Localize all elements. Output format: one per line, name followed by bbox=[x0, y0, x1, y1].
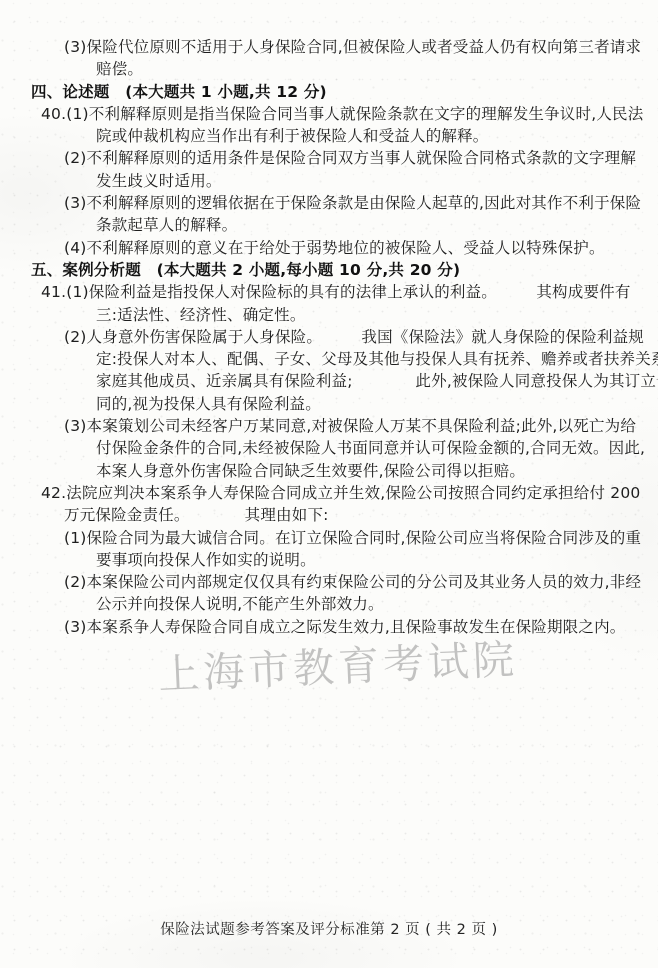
answer-line: 发生歧义时适用。 bbox=[0, 170, 658, 192]
answer-line: (3)不利解释原则的逻辑依据在于保险条款是由保险人起草的,因此对其作不利于保险 bbox=[0, 192, 658, 214]
answer-line: 万元保险金责任。 其理由如下: bbox=[0, 504, 658, 526]
section-heading-case-analysis: 五、案例分析题 (本大题共 2 小题,每小题 10 分,共 20 分) bbox=[0, 259, 658, 281]
answer-line: 条款起草人的解释。 bbox=[0, 214, 658, 236]
scanned-exam-answer-page: (3)保险代位原则不适用于人身保险合同,但被保险人或者受益人仍有权向第三者请求 … bbox=[0, 0, 658, 968]
page-footer: 保险法试题参考答案及评分标准第 2 页 ( 共 2 页 ) bbox=[0, 918, 658, 939]
answer-line: 42.法院应判决本案系争人寿保险合同成立并生效,保险公司按照合同约定承担给付 2… bbox=[0, 482, 658, 504]
section-heading-essay: 四、论述题 (本大题共 1 小题,共 12 分) bbox=[0, 81, 658, 103]
answer-line: (3)本案策划公司未经客户万某同意,对被保险人万某不具保险利益;此外,以死亡为给 bbox=[0, 415, 658, 437]
answer-line: 院或仲裁机构应当作出有利于被保险人和受益人的解释。 bbox=[0, 125, 658, 147]
answer-line: 同的,视为投保人具有保险利益。 bbox=[0, 393, 658, 415]
answer-line: (2)人身意外伤害保险属于人身保险。 我国《保险法》就人身保险的保险利益规 bbox=[0, 326, 658, 348]
answer-line: 付保险金条件的合同,未经被保险人书面同意并认可保险金额的,合同无效。因此, bbox=[0, 437, 658, 459]
answer-line: (1)保险合同为最大诚信合同。在订立保险合同时,保险公司应当将保险合同涉及的重 bbox=[0, 527, 658, 549]
answer-line: 41.(1)保险利益是指投保人对保险标的具有的法律上承认的利益。 其构成要件有 bbox=[0, 281, 658, 303]
answer-line: 要事项向投保人作如实的说明。 bbox=[0, 549, 658, 571]
answer-line: 40.(1)不利解释原则是指当保险合同当事人就保险条款在文字的理解发生争议时,人… bbox=[0, 103, 658, 125]
answer-line: 本案人身意外伤害保险合同缺乏生效要件,保险公司得以拒赔。 bbox=[0, 460, 658, 482]
answer-line: (4)不利解释原则的意义在于给处于弱势地位的被保险人、受益人以特殊保护。 bbox=[0, 237, 658, 259]
answer-line: 定:投保人对本人、配偶、子女、父母及其他与投保人具有抚养、赡养或者扶养关系的 bbox=[0, 348, 658, 370]
answer-line: (3)保险代位原则不适用于人身保险合同,但被保险人或者受益人仍有权向第三者请求 bbox=[0, 36, 658, 58]
answer-line: 家庭其他成员、近亲属具有保险利益; 此外,被保险人同意投保人为其订立合 bbox=[0, 370, 658, 392]
answer-line: 赔偿。 bbox=[0, 58, 658, 80]
answer-line: 公示并向投保人说明,不能产生外部效力。 bbox=[0, 593, 658, 615]
answer-line: (2)本案保险公司内部规定仅仅具有约束保险公司的分公司及其业务人员的效力,非经 bbox=[0, 571, 658, 593]
answer-text-block: (3)保险代位原则不适用于人身保险合同,但被保险人或者受益人仍有权向第三者请求 … bbox=[0, 36, 658, 638]
answer-line: (2)不利解释原则的适用条件是保险合同双方当事人就保险合同格式条款的文字理解 bbox=[0, 147, 658, 169]
answer-line: 三:适法性、经济性、确定性。 bbox=[0, 304, 658, 326]
